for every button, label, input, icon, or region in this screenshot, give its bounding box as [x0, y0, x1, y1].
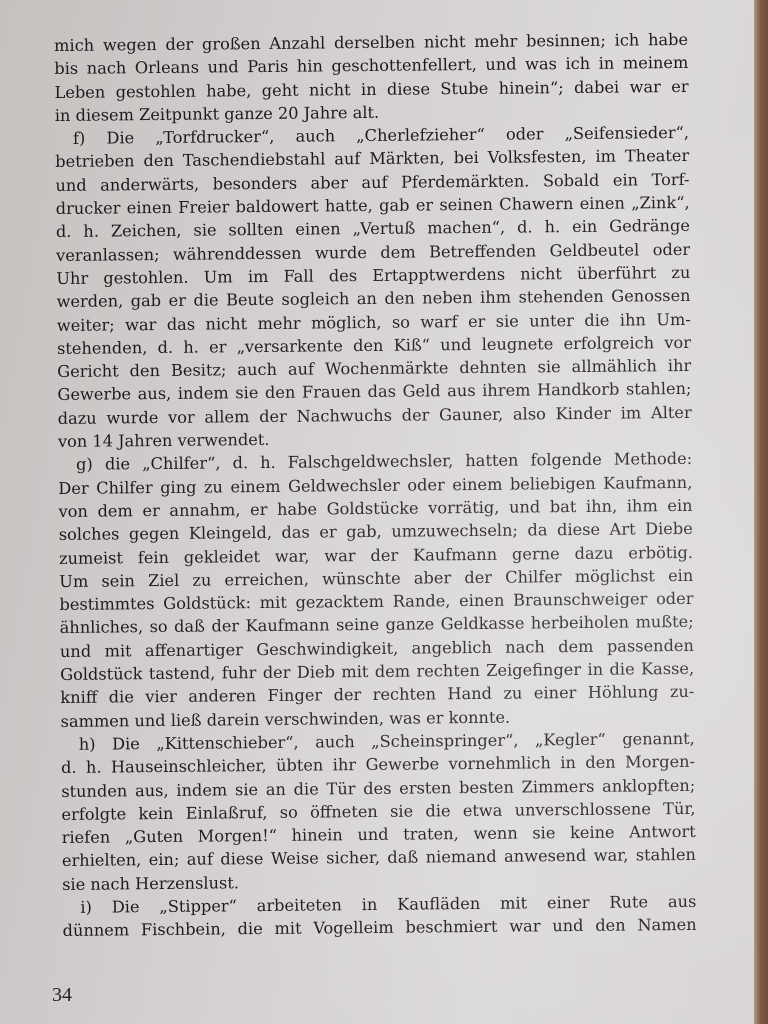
book-binding-edge [754, 0, 768, 1024]
page-number: 34 [52, 984, 72, 1007]
book-page: mich wegen der großen Anzahl derselben n… [0, 0, 754, 1024]
text-line: dünnem Fischbein, die mit Vogelleim besc… [62, 913, 696, 942]
page-body-text: mich wegen der großen Anzahl derselben n… [54, 28, 697, 943]
